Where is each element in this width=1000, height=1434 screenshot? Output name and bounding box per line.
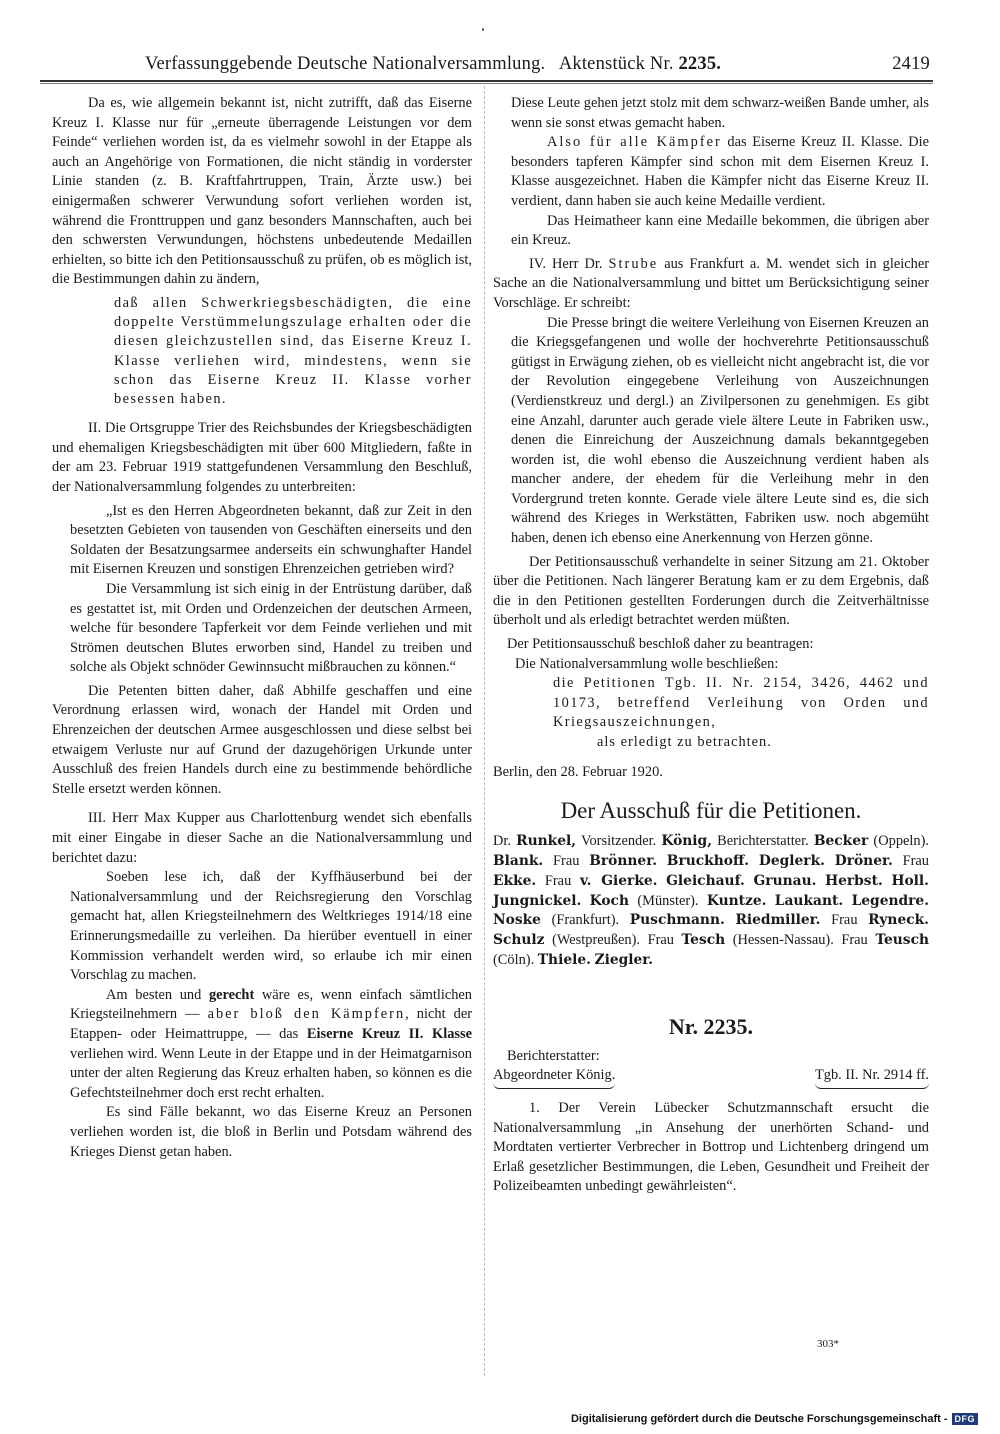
motion-resolution: als erledigt zu betrachten. (597, 733, 929, 753)
member-name: Ekke. (493, 873, 536, 889)
quote-paragraph: Das Heimatheer kann eine Medaille bekomm… (511, 212, 929, 251)
quote-paragraph: Am besten und gerecht wäre es, wenn einf… (70, 986, 472, 1104)
paragraph: Die Petenten bitten daher, daß Abhilfe g… (52, 682, 472, 800)
member-name: Ziegler. (595, 952, 654, 968)
member-name: Kuntze. (707, 893, 767, 909)
document-heading: Nr. 2235. (493, 1013, 929, 1041)
member-name: Thiele. (538, 952, 591, 968)
member-name: Gleichauf. (666, 873, 745, 889)
member-name: Riedmiller. (735, 912, 820, 928)
member-name: Holl. (891, 873, 929, 889)
member-name: Noske (493, 912, 541, 928)
member-name: Legendre. (852, 893, 929, 909)
quote-paragraph: Die Presse bringt die weitere Verleihung… (511, 314, 929, 549)
member-name: Runkel, (516, 833, 576, 849)
quote-paragraph: Diese Leute gehen jetzt stolz mit dem sc… (511, 94, 929, 133)
member-name: Herbst. (825, 873, 883, 889)
member-name: Bruckhoff. (667, 853, 749, 869)
member-name: König, (661, 833, 712, 849)
requested-change-quote: daß allen Schwerkriegsbeschädigten, die … (114, 294, 472, 409)
motion-petitions: die Petitionen Tgb. II. Nr. 2154, 3426, … (553, 674, 929, 733)
committee-deliberation: Der Petitionsausschuß verhandelte in sei… (493, 553, 929, 631)
dfg-logo-icon: DFG (952, 1413, 979, 1425)
member-name: Brönner. (589, 853, 657, 869)
quote-paragraph: Also für alle Kämpfer das Eiserne Kreuz … (511, 133, 929, 211)
reporter-name: Abgeordneter König. (493, 1066, 615, 1089)
petition-ii: II. Die Ortsgruppe Trier des Reichsbunde… (52, 419, 472, 497)
member-name: Jungnickel. (493, 893, 581, 909)
member-name: Tesch (682, 932, 726, 948)
sheet-signature: 303* (817, 1338, 839, 1350)
member-name: Ryneck. (868, 912, 929, 928)
motion-line: Die Nationalversammlung wolle beschließe… (515, 655, 929, 675)
left-column: Da es, wie allgemein bekannt ist, nicht … (52, 94, 472, 1162)
member-name: Schulz (493, 932, 545, 948)
quote-paragraph: Es sind Fälle bekannt, wo das Eiserne Kr… (70, 1103, 472, 1162)
member-name: Puschmann. (630, 912, 725, 928)
committee-members: Dr. Runkel, Vorsitzender. König, Bericht… (493, 832, 929, 971)
petition-iv: IV. Herr Dr. Strube aus Frankfurt a. M. … (493, 255, 929, 314)
running-title: Verfassunggebende Deutsche Nationalversa… (145, 54, 721, 75)
quote-paragraph: Soeben lese ich, daß der Kyffhäuserbund … (70, 868, 472, 986)
petition-1: 1. Der Verein Lübecker Schutzmannschaft … (493, 1099, 929, 1197)
header-rule (40, 80, 933, 84)
reporter-block: Berichterstatter: Abgeordneter König. (493, 1047, 615, 1089)
quote-paragraph: „Ist es den Herren Abgeordneten bekannt,… (70, 502, 472, 580)
reporter-row: Berichterstatter: Abgeordneter König. Tg… (493, 1047, 929, 1089)
member-name: Koch (590, 893, 629, 909)
page-number-top: 2419 (892, 54, 930, 75)
petition-iii: III. Herr Max Kupper aus Charlottenburg … (52, 809, 472, 868)
member-name: v. Gierke. (580, 873, 658, 889)
quote-paragraph: Die Versammlung ist sich einig in der En… (70, 580, 472, 678)
member-name: Dröner. (835, 853, 893, 869)
document-number: 2235. (678, 54, 721, 74)
date-line: Berlin, den 28. Februar 1920. (493, 763, 929, 783)
column-divider (484, 86, 485, 1376)
member-name: Grunau. (754, 873, 817, 889)
journal-reference: Tgb. II. Nr. 2914 ff. (815, 1066, 929, 1089)
member-name: Becker (814, 833, 868, 849)
motion-intro: Der Petitionsausschuß beschloß daher zu … (507, 635, 929, 655)
paragraph: Da es, wie allgemein bekannt ist, nicht … (52, 94, 472, 290)
member-name: Blank. (493, 853, 543, 869)
member-name: Teusch (875, 932, 929, 948)
committee-title: Der Ausschuß für die Petitionen. (493, 796, 929, 826)
member-name: Deglerk. (759, 853, 825, 869)
print-mark (482, 28, 484, 31)
member-name: Laukant. (775, 893, 843, 909)
right-column: Diese Leute gehen jetzt stolz mit dem sc… (493, 94, 929, 1197)
footer-credit: Digitalisierung gefördert durch die Deut… (571, 1413, 978, 1425)
